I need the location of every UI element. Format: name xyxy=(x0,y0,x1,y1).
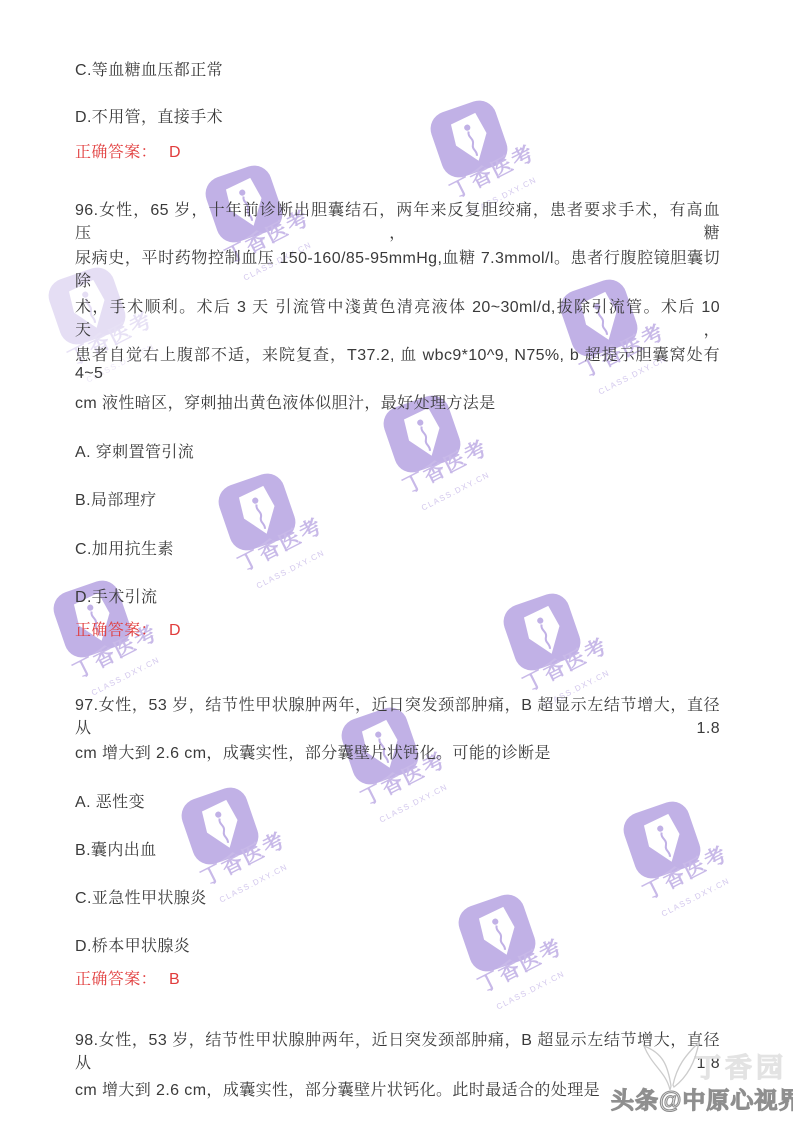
q96-answer: 正确答案：D xyxy=(75,617,720,639)
prev-question-option-d: D.不用管，直接手术 xyxy=(75,104,720,126)
q96-stem-line-4: 患者自觉右上腹部不适，来院复查，T37.2, 血 wbc9*10^9, N75%… xyxy=(75,342,720,364)
dxy-watermark: 丁香医考 CLASS.DXY.CN xyxy=(378,398,543,548)
q97-stem-line-2: cm 增大到 2.6 cm，成囊实性，部分囊壁片状钙化。可能的诊断是 xyxy=(75,740,720,762)
watermark-brand-text: 丁香医考 xyxy=(517,630,613,698)
answer-label: 正确答案： xyxy=(75,622,157,639)
dxy-site-outline-text: 丁香园 xyxy=(694,1046,787,1085)
q96-stem-line-5: cm 液性暗区，穿刺抽出黄色液体似胆汁，最好处理方法是 xyxy=(75,390,720,412)
dxy-watermark: 丁香医考 CLASS.DXY.CN xyxy=(618,804,783,954)
q96-stem-line-1: 96.女性，65 岁，十年前诊断出胆囊结石，两年来反复胆绞痛，患者要求手术，有高… xyxy=(75,197,720,219)
answer-value: D xyxy=(169,622,181,639)
toutiao-credit-text: 头条@中原心视界 xyxy=(611,1082,793,1115)
q97-answer: 正确答案：B xyxy=(75,966,720,988)
q96-option-d: D.手术引流 xyxy=(75,584,720,606)
q97-stem-line-1: 97.女性，53 岁，结节性甲状腺肿两年，近日突发颈部肿痛，B 超显示左结节增大… xyxy=(75,692,720,714)
answer-value: D xyxy=(169,144,181,161)
answer-label: 正确答案： xyxy=(75,971,157,988)
answer-label: 正确答案： xyxy=(75,144,157,161)
q96-stem-line-3: 术，手术顺利。术后 3 天 引流管中淺黄色清亮液体 20~30ml/d,拔除引流… xyxy=(75,294,720,316)
q96-option-b: B.局部理疗 xyxy=(75,487,720,509)
prev-question-option-c: C.等血糖血压都正常 xyxy=(75,57,720,79)
q97-option-a: A. 恶性变 xyxy=(75,789,720,811)
exam-document-page: 丁香医考 CLASS.DXY.CN 丁香医考 CLASS.DXY.CN 丁香医考… xyxy=(0,0,793,1122)
q96-option-c: C.加用抗生素 xyxy=(75,536,720,558)
q97-option-c: C.亚急性甲状腺炎 xyxy=(75,885,720,907)
q98-stem-line-1: 98.女性，53 岁，结节性甲状腺肿两年，近日突发颈部肿痛，B 超显示左结节增大… xyxy=(75,1027,720,1049)
q96-option-a: A. 穿刺置管引流 xyxy=(75,439,720,461)
q97-option-b: B.囊内出血 xyxy=(75,837,720,859)
prev-question-answer: 正确答案：D xyxy=(75,139,720,161)
q97-option-d: D.桥本甲状腺炎 xyxy=(75,933,720,955)
q96-stem-line-2: 尿病史，平时药物控制血压 150-160/85-95mmHg,血糖 7.3mmo… xyxy=(75,245,720,267)
answer-value: B xyxy=(169,971,180,988)
dxy-watermark: 丁香医考 CLASS.DXY.CN xyxy=(176,790,341,940)
